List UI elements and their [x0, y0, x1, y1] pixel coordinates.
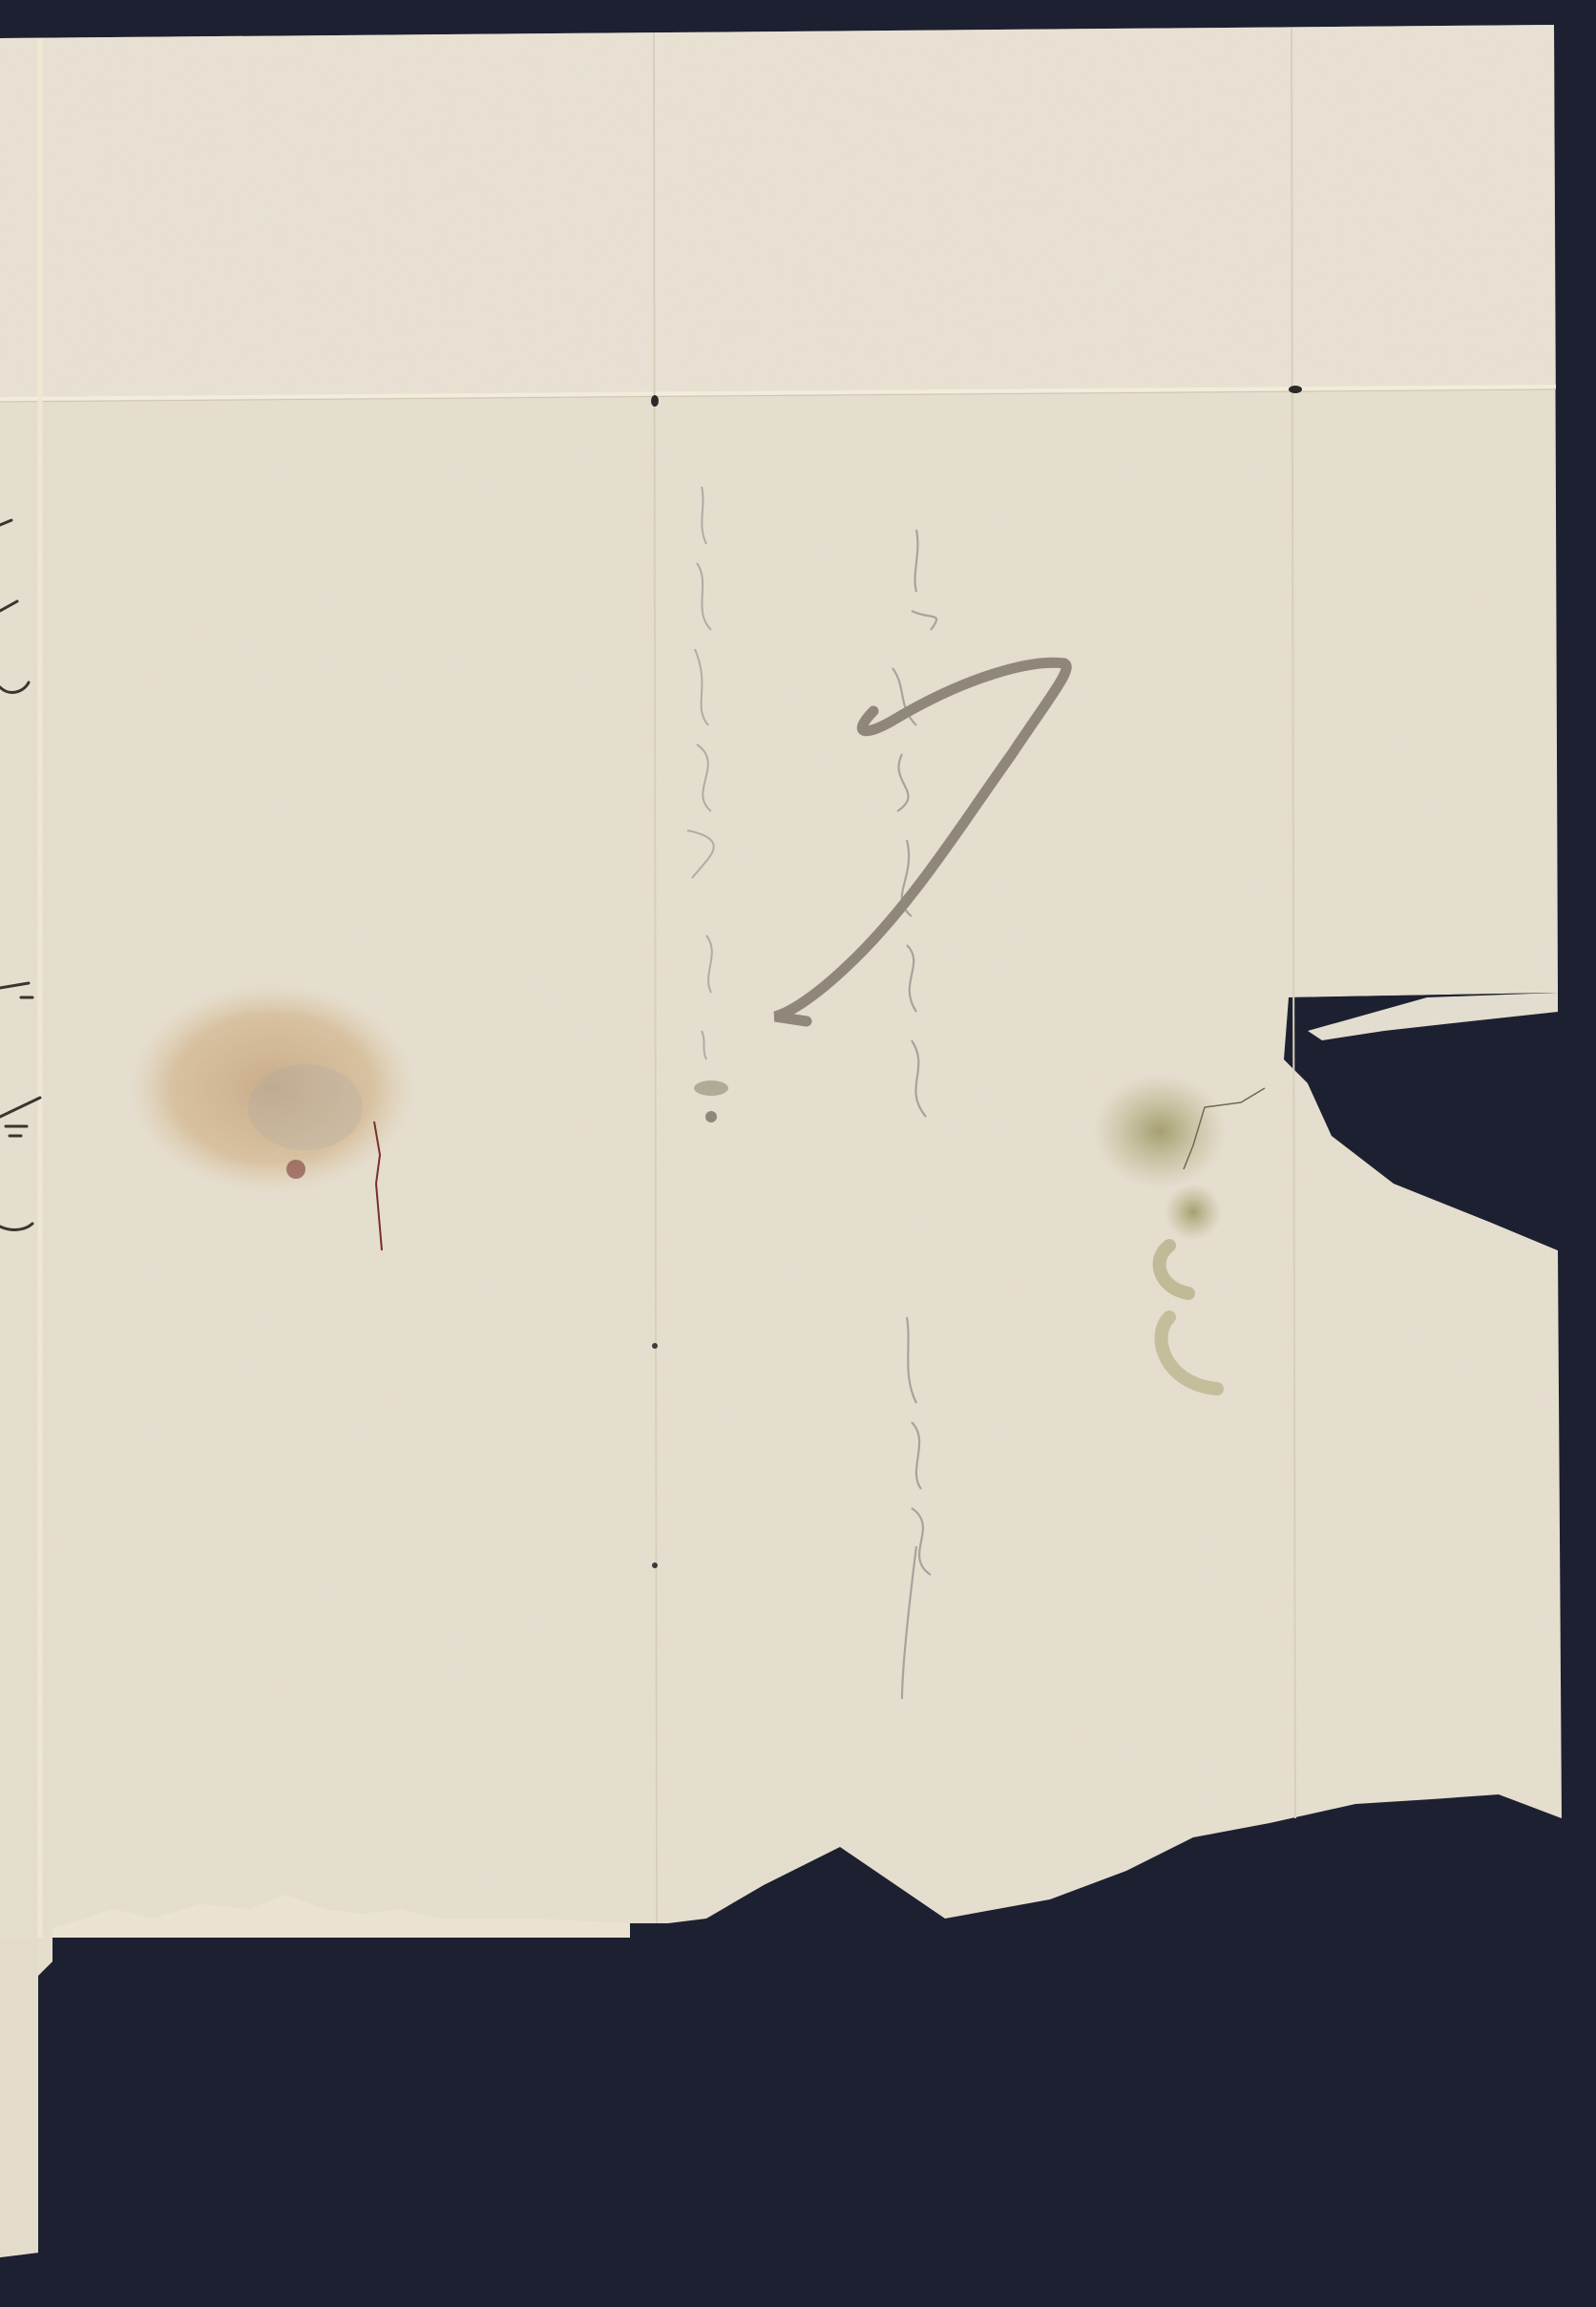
letter-sheet [0, 0, 1596, 2307]
right-ink-blot [1093, 1074, 1227, 1188]
letter-sheet-graphic [0, 0, 1596, 2307]
